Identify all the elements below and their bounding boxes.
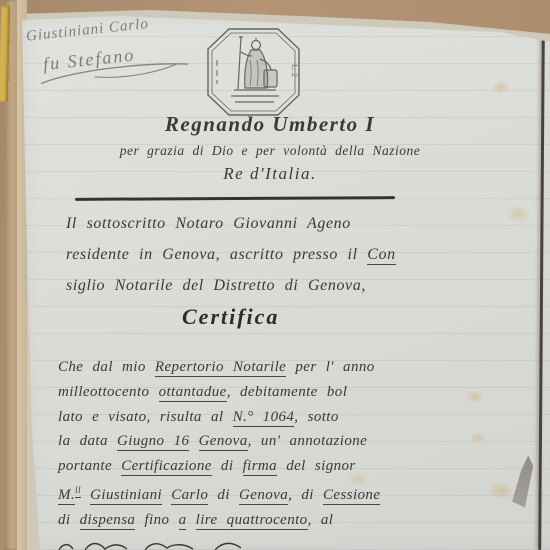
document-page: Giustiniani Carlo fu Stefano — [0, 0, 550, 550]
handwritten-line: la data Giugno 16 Genova, un' annotazion… — [58, 429, 508, 454]
handwritten-line: M.ll Giustiniani Carlo di Genova, di Ces… — [58, 479, 508, 508]
certificate-body-paragraph: Che dal mio Repertorio Notarile per l' a… — [58, 355, 508, 533]
stamp-denomination: L. 2 — [290, 64, 299, 77]
heading-regnando: Regnando Umberto I — [55, 112, 485, 137]
handwritten-line: milleottocento ottantadue, debitamente b… — [58, 380, 508, 405]
document-photo: Giustiniani Carlo fu Stefano — [0, 0, 550, 550]
notary-intro-paragraph: Il sottoscritto Notaro Giovanni Agenores… — [66, 208, 486, 301]
royal-heading: Regnando Umberto I per grazia di Dio e p… — [55, 112, 485, 184]
foxing-stain — [506, 205, 530, 223]
heading-re-italia: Re d'Italia. — [55, 164, 485, 184]
cutoff-line-strokes — [55, 537, 395, 550]
handwritten-line: residente in Genova, ascritto presso il … — [66, 239, 486, 270]
revenue-stamp: L. 2 — [204, 26, 302, 118]
handwritten-line: Il sottoscritto Notaro Giovanni Ageno — [66, 208, 486, 239]
handwritten-line: di dispensa fino a lire quattrocento, al — [58, 508, 508, 533]
seated-figure-stamp-icon: L. 2 — [204, 26, 302, 118]
heading-grace: per grazia di Dio e per volontà della Na… — [55, 143, 485, 159]
foxing-stain — [492, 80, 510, 94]
certifica-heading: Certifica — [182, 304, 279, 330]
handwritten-line: portante Certificazione di firma del sig… — [58, 454, 508, 479]
handwritten-line: Che dal mio Repertorio Notarile per l' a… — [58, 355, 508, 380]
handwritten-line: siglio Notarile del Distretto di Genova, — [66, 270, 486, 301]
handwritten-line: lato e visato, risulta al N.° 1064, sott… — [58, 405, 508, 430]
